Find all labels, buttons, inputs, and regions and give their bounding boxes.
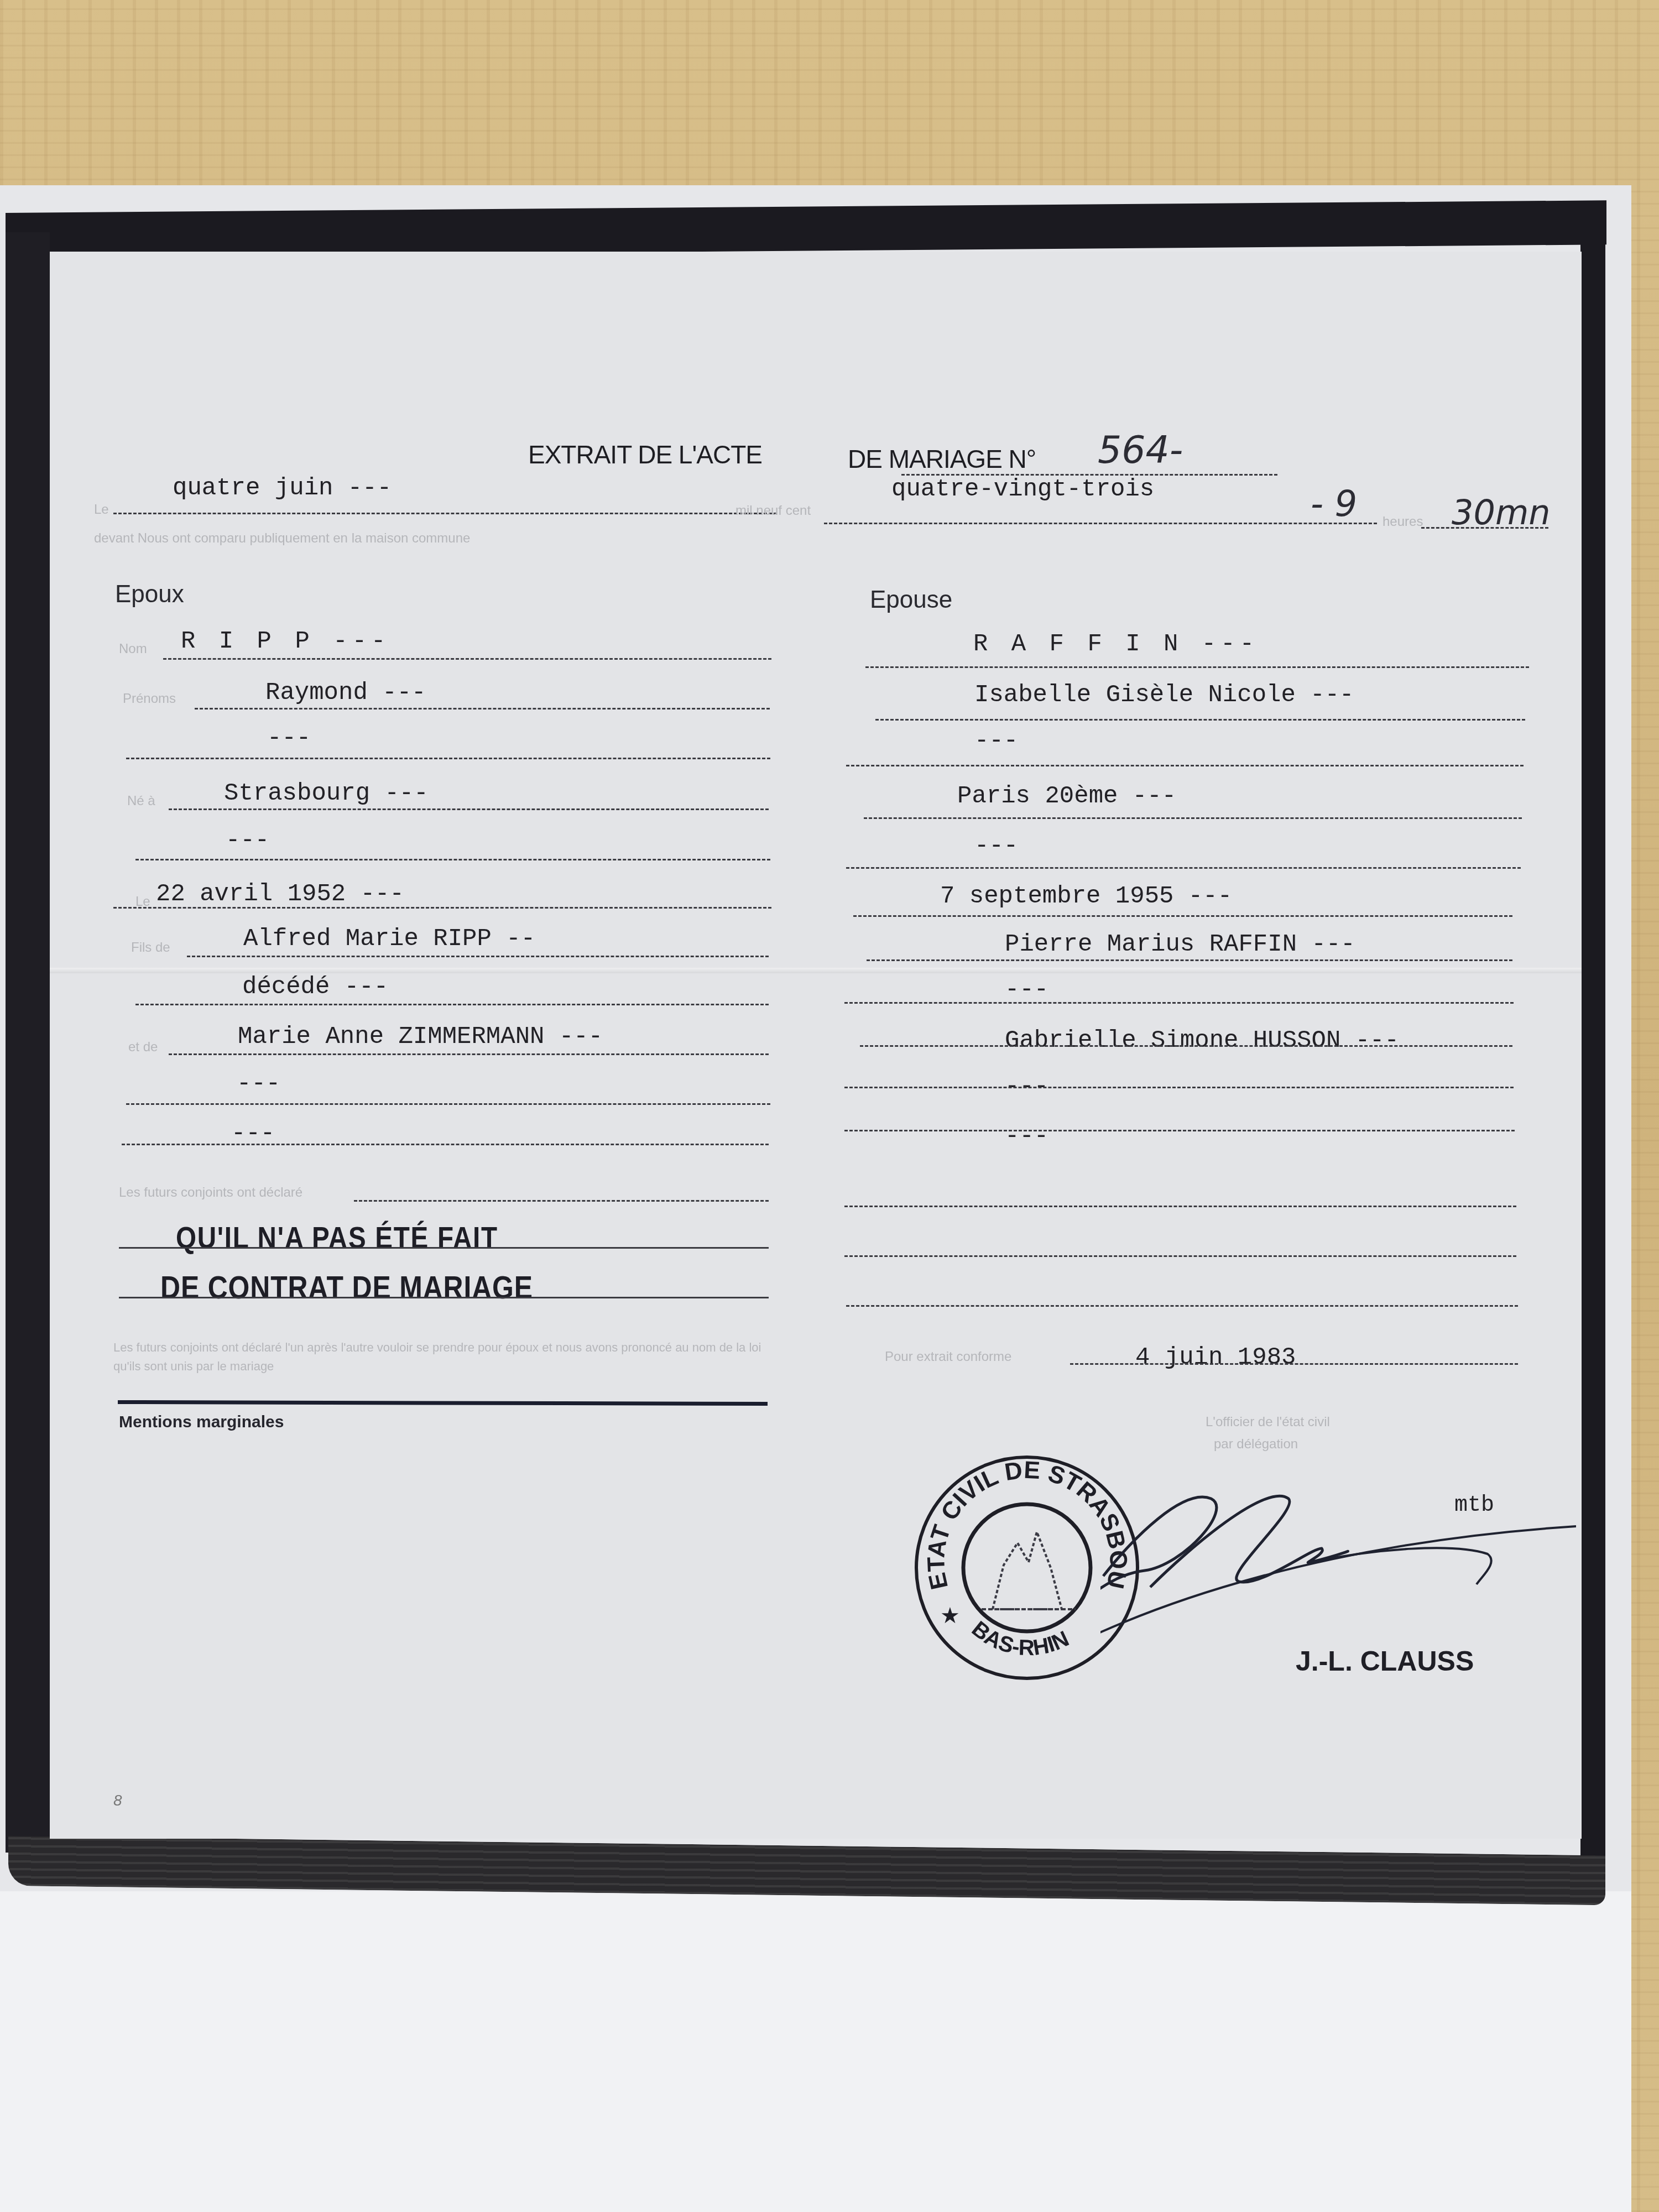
epouse-nom-line	[865, 666, 1529, 668]
epoux-lieu-line2-rule	[135, 859, 770, 860]
epoux-nom-line	[163, 658, 771, 660]
epoux-pere: Alfred Marie RIPP --	[243, 925, 535, 953]
time-hours: - 9	[1311, 484, 1357, 525]
epouse-mere-line	[860, 1045, 1512, 1047]
epoux-lieu-naissance: Strasbourg ---	[224, 780, 429, 807]
epouse-pere-line	[867, 959, 1512, 961]
black-frame-right	[1580, 221, 1605, 1880]
epoux-prenoms-line	[195, 708, 770, 709]
document-sheet-lower-flap	[0, 1891, 1631, 2212]
year-line	[824, 523, 1377, 524]
epouse-nom: R A F F I N ---	[973, 630, 1259, 658]
contrat-stamp-line1: QU'IL N'A PAS ÉTÉ FAIT	[176, 1219, 498, 1255]
epoux-mere: Marie Anne ZIMMERMANN ---	[238, 1023, 603, 1051]
epouse-prenoms-line2: ---	[974, 727, 1018, 755]
epoux-date-naissance: 22 avril 1952 ---	[156, 880, 404, 908]
epouse-prenoms-line2-rule	[846, 765, 1524, 766]
contrat-line2	[119, 1297, 769, 1298]
label-nom: Nom	[119, 641, 147, 657]
epouse-extra-line: ---	[1005, 1123, 1048, 1150]
epoux-lieu-naissance-line2: ---	[226, 827, 269, 854]
label-mil-neuf-cent: mil neuf cent	[735, 503, 811, 519]
label-et-de: et de	[128, 1040, 158, 1055]
epouse-lieu-naissance-line2: ---	[974, 832, 1018, 860]
epoux-heading: Epoux	[115, 581, 184, 608]
epouse-lieu-naissance: Paris 20ème ---	[957, 782, 1176, 810]
epouse-mere: Gabrielle Simone HUSSON ---	[1005, 1027, 1399, 1055]
label-par-delegation: par délégation	[1214, 1437, 1298, 1452]
epoux-date-line	[113, 907, 771, 909]
epouse-date-line	[853, 915, 1512, 917]
mentions-marginales-label: Mentions marginales	[119, 1413, 284, 1432]
epouse-pere-line2-rule	[844, 1002, 1514, 1004]
contrat-label-line	[354, 1200, 769, 1202]
epoux-pere-statut: décédé ---	[242, 973, 388, 1001]
label-heures: heures	[1383, 514, 1423, 530]
epoux-mere-line	[169, 1053, 769, 1055]
epouse-blank-line-3	[846, 1305, 1518, 1307]
seal-star-icon: ★	[940, 1603, 960, 1629]
label-futurs-conjoints: Les futurs conjoints ont déclaré	[119, 1185, 302, 1201]
epoux-lieu-line	[169, 808, 769, 810]
epoux-extra-line-rule	[122, 1144, 769, 1145]
label-pour-extrait: Pour extrait conforme	[885, 1349, 1011, 1365]
epoux-mere-line2-rule	[126, 1103, 770, 1105]
label-prenoms: Prénoms	[123, 691, 176, 707]
declaration-text: Les futurs conjoints ont déclaré l'un ap…	[113, 1338, 766, 1376]
signature-initials: mtb	[1454, 1493, 1494, 1518]
epoux-prenoms-line2: ---	[267, 724, 311, 752]
epoux-mere-line2: ---	[237, 1070, 280, 1098]
label-ne-a: Né à	[127, 794, 155, 809]
svg-text:ETAT CIVIL DE STRASBOURG: ETAT CIVIL DE STRASBOURG	[910, 1449, 1132, 1592]
signature-icon	[1100, 1465, 1576, 1642]
delivery-date-line	[1070, 1363, 1518, 1365]
epouse-lieu-line2-rule	[846, 867, 1521, 869]
seal-top-text: ETAT CIVIL DE STRASBOURG	[910, 1449, 1132, 1592]
epoux-pere-line	[187, 956, 769, 957]
marriage-year-text: quatre-vingt-trois	[891, 476, 1154, 503]
epouse-mere-line2-rule	[844, 1087, 1514, 1088]
signature-scribble	[1100, 1465, 1576, 1642]
epouse-pere: Pierre Marius RAFFIN ---	[1005, 931, 1355, 958]
intro-text: devant Nous ont comparu publiquement en …	[94, 531, 470, 546]
epouse-pere-line2: ---	[1005, 976, 1048, 1004]
black-frame-left	[6, 232, 50, 1853]
label-fils-de: Fils de	[131, 940, 170, 956]
page-number: 8	[113, 1792, 122, 1809]
epouse-lieu-line	[864, 817, 1522, 819]
epoux-prenoms: Raymond ---	[265, 679, 426, 707]
epouse-prenoms-line	[875, 719, 1525, 721]
title-extrait-de-l-acte: EXTRAIT DE L'ACTE	[528, 440, 762, 469]
marriage-day: quatre juin ---	[173, 474, 392, 502]
date-line	[113, 513, 777, 514]
epouse-extra-line-rule	[844, 1130, 1515, 1131]
delivery-date: 4 juin 1983	[1135, 1344, 1296, 1371]
epouse-blank-line-2	[844, 1255, 1516, 1257]
epouse-prenoms: Isabelle Gisèle Nicole ---	[974, 681, 1354, 709]
epoux-pere-statut-line	[135, 1004, 769, 1005]
signatory-name: J.-L. CLAUSS	[1296, 1645, 1474, 1677]
title-de-mariage: DE MARIAGE N°	[848, 444, 1036, 474]
label-officier: L'officier de l'état civil	[1206, 1415, 1330, 1430]
contrat-line1	[119, 1247, 769, 1249]
paper-fold-crease	[50, 968, 1582, 973]
epouse-date-naissance: 7 septembre 1955 ---	[940, 883, 1232, 910]
minutes-line	[1421, 527, 1548, 529]
label-le: Le	[94, 502, 109, 518]
contrat-stamp-line2: DE CONTRAT DE MARIAGE	[160, 1269, 533, 1306]
epouse-blank-line-1	[844, 1206, 1516, 1207]
epoux-prenoms-line2-rule	[126, 758, 770, 759]
epoux-nom: R I P P ---	[181, 628, 390, 655]
act-number: 564-	[1098, 429, 1183, 472]
epouse-heading: Epouse	[870, 586, 952, 614]
